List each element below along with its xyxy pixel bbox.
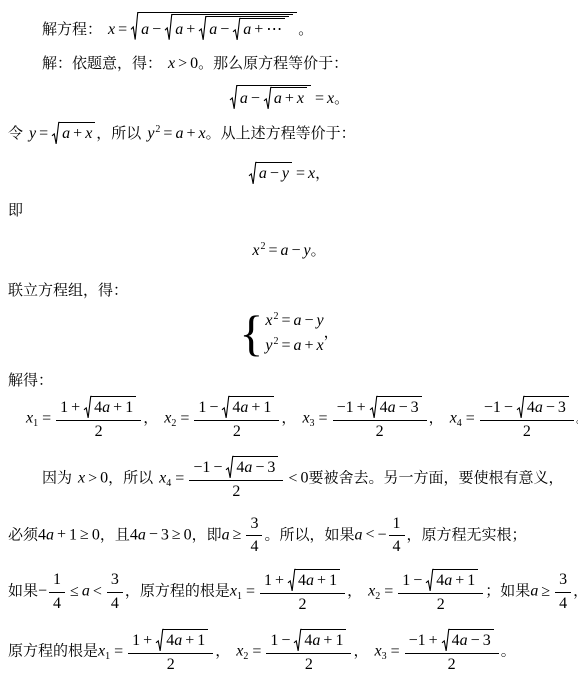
fraction-denominator: 2: [305, 654, 313, 676]
math-number: 1: [60, 399, 68, 416]
fraction: 34: [555, 570, 571, 615]
radicand: a+a−a+⋯: [173, 14, 293, 41]
radical-sign-icon: [442, 629, 450, 652]
math-variable: a: [530, 583, 538, 600]
fraction-numerator: 1−4a+1: [398, 569, 483, 594]
square-root: 4a−3: [370, 396, 422, 419]
radical-sign-icon: [426, 569, 434, 592]
math-operator: −: [152, 21, 161, 38]
line-solve-label: 解得：: [0, 371, 578, 392]
line-eq-equiv-2: a−y=x，: [0, 162, 578, 185]
line-eq-system: {x2=a−yy2=a+x，: [0, 308, 578, 359]
text-run: ，原方程无实根；: [407, 526, 527, 543]
math-variable: a: [82, 583, 90, 600]
math-variable: x: [265, 312, 272, 329]
math-operator: =: [180, 410, 189, 427]
text-run: ，: [347, 583, 362, 600]
math-operator: =: [252, 643, 261, 660]
math-subscript: 4: [457, 418, 462, 429]
math-variable: y: [147, 125, 154, 142]
fraction: 1+4a+12: [260, 569, 345, 616]
math-operator: =: [281, 312, 290, 329]
math-operator: =: [246, 583, 255, 600]
math-number: 4: [166, 632, 174, 649]
math-number: 3: [411, 399, 419, 416]
math-number: 3: [111, 571, 119, 588]
fraction-numerator: −1+4a−3: [333, 396, 427, 421]
math-variable: a: [175, 125, 183, 142]
radical-sign-icon: [264, 87, 272, 110]
math-variable: x: [108, 21, 115, 38]
math-number: 4: [130, 526, 138, 543]
radicand: 4a+1: [92, 396, 136, 419]
math-operator: +: [251, 399, 260, 416]
fraction-denominator: 4: [393, 536, 401, 558]
math-operator: +: [186, 21, 195, 38]
math-operator: −: [281, 632, 290, 649]
math-operator: +: [57, 526, 66, 543]
radicand: a+x: [60, 122, 95, 145]
math-number: 2: [95, 423, 103, 440]
square-root: 4a+1: [288, 569, 340, 592]
math-variable: a: [222, 526, 230, 543]
fraction-denominator: 2: [299, 594, 307, 616]
math-variable: a: [293, 312, 301, 329]
text-run: ，: [143, 410, 158, 427]
math-variable: y: [265, 337, 272, 354]
line-roots: x1=1+4a+12，x2=1−4a+12，x3=−1+4a−32，x4=−1−…: [0, 396, 578, 443]
math-number: 4: [94, 399, 102, 416]
math-number: 4: [380, 399, 388, 416]
math-subscript: 2: [243, 651, 248, 662]
math-operator: =: [175, 470, 184, 487]
text-run: ，即: [192, 526, 222, 543]
radical-sign-icon: [233, 18, 241, 41]
square-root: a−y: [249, 162, 292, 185]
math-operator: =: [114, 643, 123, 660]
text-run: ，: [315, 165, 330, 182]
fraction-denominator: 2: [437, 594, 445, 616]
math-operator: +: [357, 399, 366, 416]
square-root: a+a−a+⋯: [165, 14, 293, 41]
math-number: 1: [329, 572, 337, 589]
radical-sign-icon: [156, 629, 164, 652]
radicand: 4a+1: [302, 629, 346, 652]
fraction: 1−4a+12: [398, 569, 483, 616]
text-run: ，且: [100, 526, 130, 543]
radical-sign-icon: [222, 396, 230, 419]
math-document: 解方程：x=a−a+a−a+⋯。解：依题意，得：x>0。那么原方程等价于：a−a…: [0, 0, 578, 675]
math-number: −1: [409, 632, 426, 649]
radical-sign-icon: [249, 162, 257, 185]
math-number: 2: [305, 656, 313, 673]
math-number: 3: [250, 515, 258, 532]
math-operator: +: [71, 399, 80, 416]
math-number: 1: [198, 399, 206, 416]
math-number: 3: [558, 399, 566, 416]
math-variable: x: [230, 583, 237, 600]
math-variable: a: [240, 90, 248, 107]
math-variable: a: [259, 165, 267, 182]
square-root: 4a−3: [226, 456, 278, 479]
math-variable: x: [302, 410, 309, 427]
math-operator: −: [546, 399, 555, 416]
line-eq-squared: x2=a−y。: [0, 240, 578, 262]
math-number: 1: [132, 632, 140, 649]
math-operator: −: [504, 399, 513, 416]
radical-sign-icon: [288, 569, 296, 592]
line-substitution: 令y=a+x，所以y2=a+x。从上述方程等价于：: [0, 122, 578, 145]
radical-sign-icon: [52, 122, 60, 145]
math-number: 4: [527, 399, 535, 416]
system-row: x2=a−y: [265, 308, 323, 334]
fraction: 14: [49, 570, 65, 615]
math-number: 0: [190, 55, 198, 72]
math-variable: a: [102, 399, 110, 416]
math-variable: a: [141, 21, 149, 38]
square-root: a+x: [264, 87, 307, 110]
math-variable: a: [444, 572, 452, 589]
text-run: 令: [8, 125, 23, 142]
math-superscript: 2: [273, 336, 278, 347]
fraction-denominator: 2: [233, 421, 241, 443]
math-operator: =: [39, 125, 48, 142]
math-number: ⋯: [266, 21, 282, 38]
math-variable: x: [317, 337, 324, 354]
math-number: 4: [452, 632, 460, 649]
math-variable: a: [243, 21, 251, 38]
square-root: 4a−3: [517, 396, 569, 419]
math-variable: a: [535, 399, 543, 416]
fraction-denominator: 2: [448, 654, 456, 676]
radical-sign-icon: [131, 12, 139, 41]
radicand: 4a+1: [296, 569, 340, 592]
fraction: −1−4a−32: [480, 396, 574, 443]
fraction: −1+4a−32: [405, 629, 499, 676]
square-root: 4a+1: [426, 569, 478, 592]
fraction-numerator: 1+4a+1: [260, 569, 345, 594]
fraction-denominator: 4: [53, 593, 61, 615]
math-operator: +: [254, 21, 263, 38]
math-variable: a: [174, 632, 182, 649]
line-problem: 解方程：x=a−a+a−a+⋯。: [0, 12, 578, 41]
math-variable: y: [29, 125, 36, 142]
math-operator: −: [304, 312, 313, 329]
math-operator: −: [209, 399, 218, 416]
math-operator: ≤: [70, 583, 79, 600]
math-variable: a: [280, 242, 288, 259]
math-number: −: [378, 526, 387, 543]
math-variable: a: [209, 21, 217, 38]
math-number: 4: [53, 595, 61, 612]
text-run: 解：依题意，得：: [42, 55, 162, 72]
math-number: 1: [69, 526, 77, 543]
math-number: −1: [484, 399, 501, 416]
fraction-numerator: 1−4a+1: [266, 629, 351, 654]
fraction: 14: [389, 514, 405, 559]
line-conditions: 必须4a+1≥0，且4a−3≥0，即a≥34。所以，如果a<−14，原方程无实根…: [0, 514, 578, 559]
math-operator: +: [73, 125, 82, 142]
math-number: 4: [559, 595, 567, 612]
fraction-numerator: 3: [107, 570, 123, 593]
math-number: 3: [267, 459, 275, 476]
math-operator: ≥: [541, 583, 550, 600]
text-run: 。: [501, 643, 516, 660]
radicand: a+x: [272, 87, 307, 110]
math-subscript: 1: [33, 418, 38, 429]
radical-sign-icon: [84, 396, 92, 419]
math-number: 0: [184, 526, 192, 543]
radicand: a−a+a−a+⋯: [139, 12, 297, 41]
math-variable: x: [198, 125, 205, 142]
math-number: 2: [233, 423, 241, 440]
radicand: 4a−3: [378, 396, 422, 419]
math-operator: −: [149, 526, 158, 543]
math-number: 4: [250, 538, 258, 555]
math-operator: +: [317, 572, 326, 589]
radicand: a−y: [257, 162, 292, 185]
math-superscript: 2: [260, 241, 265, 252]
text-run: 。: [311, 242, 326, 259]
fraction: 1+4a+12: [56, 396, 141, 443]
math-operator: =: [118, 21, 127, 38]
fraction-numerator: 3: [246, 514, 262, 537]
fraction-denominator: 4: [111, 593, 119, 615]
math-number: 2: [167, 656, 175, 673]
math-variable: y: [317, 312, 324, 329]
math-number: 4: [38, 526, 46, 543]
radicand: 4a−3: [234, 456, 278, 479]
math-operator: −: [399, 399, 408, 416]
math-operator: −: [291, 242, 300, 259]
fraction: 34: [246, 514, 262, 559]
math-number: 1: [335, 632, 343, 649]
fraction-numerator: 1+4a+1: [56, 396, 141, 421]
radicand: 4a−3: [450, 629, 494, 652]
math-variable: a: [138, 526, 146, 543]
math-number: −1: [337, 399, 354, 416]
math-operator: =: [384, 583, 393, 600]
text-run: ，原方程的根是: [125, 583, 230, 600]
math-variable: x: [252, 242, 259, 259]
math-operator: +: [113, 399, 122, 416]
fraction-numerator: −1+4a−3: [405, 629, 499, 654]
fraction-numerator: 1+4a+1: [128, 629, 213, 654]
text-run: 如果: [8, 583, 38, 600]
math-number: 2: [299, 596, 307, 613]
math-variable: a: [175, 21, 183, 38]
math-number: 1: [53, 571, 61, 588]
fraction-numerator: 1: [389, 514, 405, 537]
math-number: 2: [437, 596, 445, 613]
math-operator: +: [143, 632, 152, 649]
text-run: ，: [573, 583, 578, 600]
fraction-denominator: 2: [167, 654, 175, 676]
text-run: 解得：: [8, 372, 53, 389]
math-operator: >: [178, 55, 187, 72]
square-root: 4a−3: [442, 629, 494, 652]
line-case-middle: 如果−14≤a<34，原方程的根是x1=1+4a+12，x2=1−4a+12；如…: [0, 569, 578, 616]
math-variable: y: [304, 242, 311, 259]
math-operator: <: [93, 583, 102, 600]
fraction-numerator: 3: [555, 570, 571, 593]
text-run: ；如果: [485, 583, 530, 600]
radicand: 4a+1: [230, 396, 274, 419]
math-number: 1: [197, 632, 205, 649]
fraction-denominator: 2: [95, 421, 103, 443]
system-row: y2=a+x: [265, 333, 323, 359]
math-operator: >: [88, 470, 97, 487]
fraction-numerator: 1−4a+1: [194, 396, 279, 421]
math-operator: +: [455, 572, 464, 589]
text-run: 。: [334, 90, 349, 107]
text-run: 要被舍去。另一方面，要使根有意义，: [308, 470, 563, 487]
line-discard: 因为x>0，所以x4=−1−4a−32<0要被舍去。另一方面，要使根有意义，: [0, 456, 578, 503]
square-root: 4a+1: [156, 629, 208, 652]
text-run: ，所以: [96, 125, 141, 142]
math-operator: +: [323, 632, 332, 649]
square-root: 4a+1: [84, 396, 136, 419]
fraction-denominator: 2: [523, 421, 531, 443]
math-operator: ≥: [172, 526, 181, 543]
fraction-denominator: 4: [250, 536, 258, 558]
math-operator: −: [255, 459, 264, 476]
math-subscript: 1: [105, 651, 110, 662]
math-superscript: 2: [273, 311, 278, 322]
math-number: 2: [376, 423, 384, 440]
math-operator: =: [319, 410, 328, 427]
math-number: 1: [402, 572, 410, 589]
fraction-numerator: 1: [49, 570, 65, 593]
text-run: ，: [281, 410, 296, 427]
math-operator: =: [163, 125, 172, 142]
line-eq-equiv-1: a−a+x=x。: [0, 85, 578, 110]
math-number: 3: [559, 571, 567, 588]
math-operator: <: [288, 470, 297, 487]
math-operator: −: [270, 165, 279, 182]
square-root: a−a+⋯: [199, 16, 289, 41]
math-operator: −: [213, 459, 222, 476]
math-variable: a: [306, 572, 314, 589]
square-root: a+⋯: [233, 18, 285, 41]
math-variable: a: [388, 399, 396, 416]
math-variable: a: [354, 526, 362, 543]
math-operator: ≥: [233, 526, 242, 543]
radicand: 4a+1: [434, 569, 478, 592]
line-case-final: 原方程的根是x1=1+4a+12，x2=1−4a+12，x3=−1+4a−32。: [0, 629, 578, 676]
radicand: a+⋯: [241, 18, 285, 41]
text-run: 因为: [42, 470, 72, 487]
radical-sign-icon: [199, 16, 207, 41]
fraction-denominator: 2: [232, 481, 240, 503]
square-root: 4a+1: [294, 629, 346, 652]
math-variable: a: [460, 632, 468, 649]
math-number: 3: [161, 526, 169, 543]
text-run: ，所以: [108, 470, 153, 487]
radical-sign-icon: [517, 396, 525, 419]
math-variable: a: [240, 399, 248, 416]
math-operator: =: [391, 643, 400, 660]
math-operator: +: [429, 632, 438, 649]
fraction: 1−4a+12: [266, 629, 351, 676]
math-number: 1: [125, 399, 133, 416]
math-number: 1: [393, 515, 401, 532]
math-operator: +: [285, 90, 294, 107]
fraction-numerator: −1−4a−3: [480, 396, 574, 421]
square-root: 4a+1: [222, 396, 274, 419]
square-root: a−a+x: [230, 85, 311, 110]
fraction: 1−4a+12: [194, 396, 279, 443]
math-subscript: 1: [237, 591, 242, 602]
fraction: −1+4a−32: [333, 396, 427, 443]
math-operator: <: [365, 526, 374, 543]
radical-sign-icon: [294, 629, 302, 652]
math-operator: +: [186, 125, 195, 142]
math-operator: =: [315, 90, 324, 107]
math-subscript: 3: [382, 651, 387, 662]
radical-sign-icon: [230, 85, 238, 110]
radical-sign-icon: [226, 456, 234, 479]
math-operator: +: [275, 572, 284, 589]
math-superscript: 2: [155, 124, 160, 135]
text-run: 。从上述方程等价于：: [206, 125, 356, 142]
text-run: 。所以，如果: [264, 526, 354, 543]
math-operator: ≥: [80, 526, 89, 543]
math-subscript: 2: [375, 591, 380, 602]
math-number: 4: [298, 572, 306, 589]
math-number: −: [38, 583, 47, 600]
math-number: 0: [100, 470, 108, 487]
text-run: 。那么原方程等价于：: [198, 55, 348, 72]
math-subscript: 2: [171, 418, 176, 429]
math-number: 4: [393, 538, 401, 555]
math-variable: x: [168, 55, 175, 72]
equation-system: {x2=a−yy2=a+x: [239, 308, 323, 359]
math-number: 1: [263, 399, 271, 416]
line-system-intro: 联立方程组，得：: [0, 281, 578, 302]
fraction: 34: [107, 570, 123, 615]
fraction-numerator: −1−4a−3: [189, 456, 283, 481]
math-operator: =: [42, 410, 51, 427]
text-run: ，: [215, 643, 230, 660]
math-number: −1: [193, 459, 210, 476]
math-variable: x: [297, 90, 304, 107]
math-operator: =: [466, 410, 475, 427]
math-variable: a: [274, 90, 282, 107]
text-run: ，: [353, 643, 368, 660]
math-number: 4: [111, 595, 119, 612]
math-operator: =: [281, 337, 290, 354]
math-number: 1: [270, 632, 278, 649]
math-operator: −: [471, 632, 480, 649]
math-variable: x: [450, 410, 457, 427]
text-run: 联立方程组，得：: [8, 282, 128, 299]
math-operator: −: [220, 21, 229, 38]
radicand: 4a+1: [164, 629, 208, 652]
text-run: 即: [8, 202, 23, 219]
system-rows: x2=a−yy2=a+x: [265, 308, 323, 359]
math-number: 0: [92, 526, 100, 543]
math-variable: a: [244, 459, 252, 476]
math-number: 1: [467, 572, 475, 589]
math-variable: x: [85, 125, 92, 142]
math-operator: =: [296, 165, 305, 182]
math-number: 3: [483, 632, 491, 649]
fraction: 1+4a+12: [128, 629, 213, 676]
radicand: a−a+x: [238, 85, 311, 110]
line-solution-intro: 解：依题意，得：x>0。那么原方程等价于：: [0, 54, 578, 75]
math-subscript: 4: [166, 478, 171, 489]
